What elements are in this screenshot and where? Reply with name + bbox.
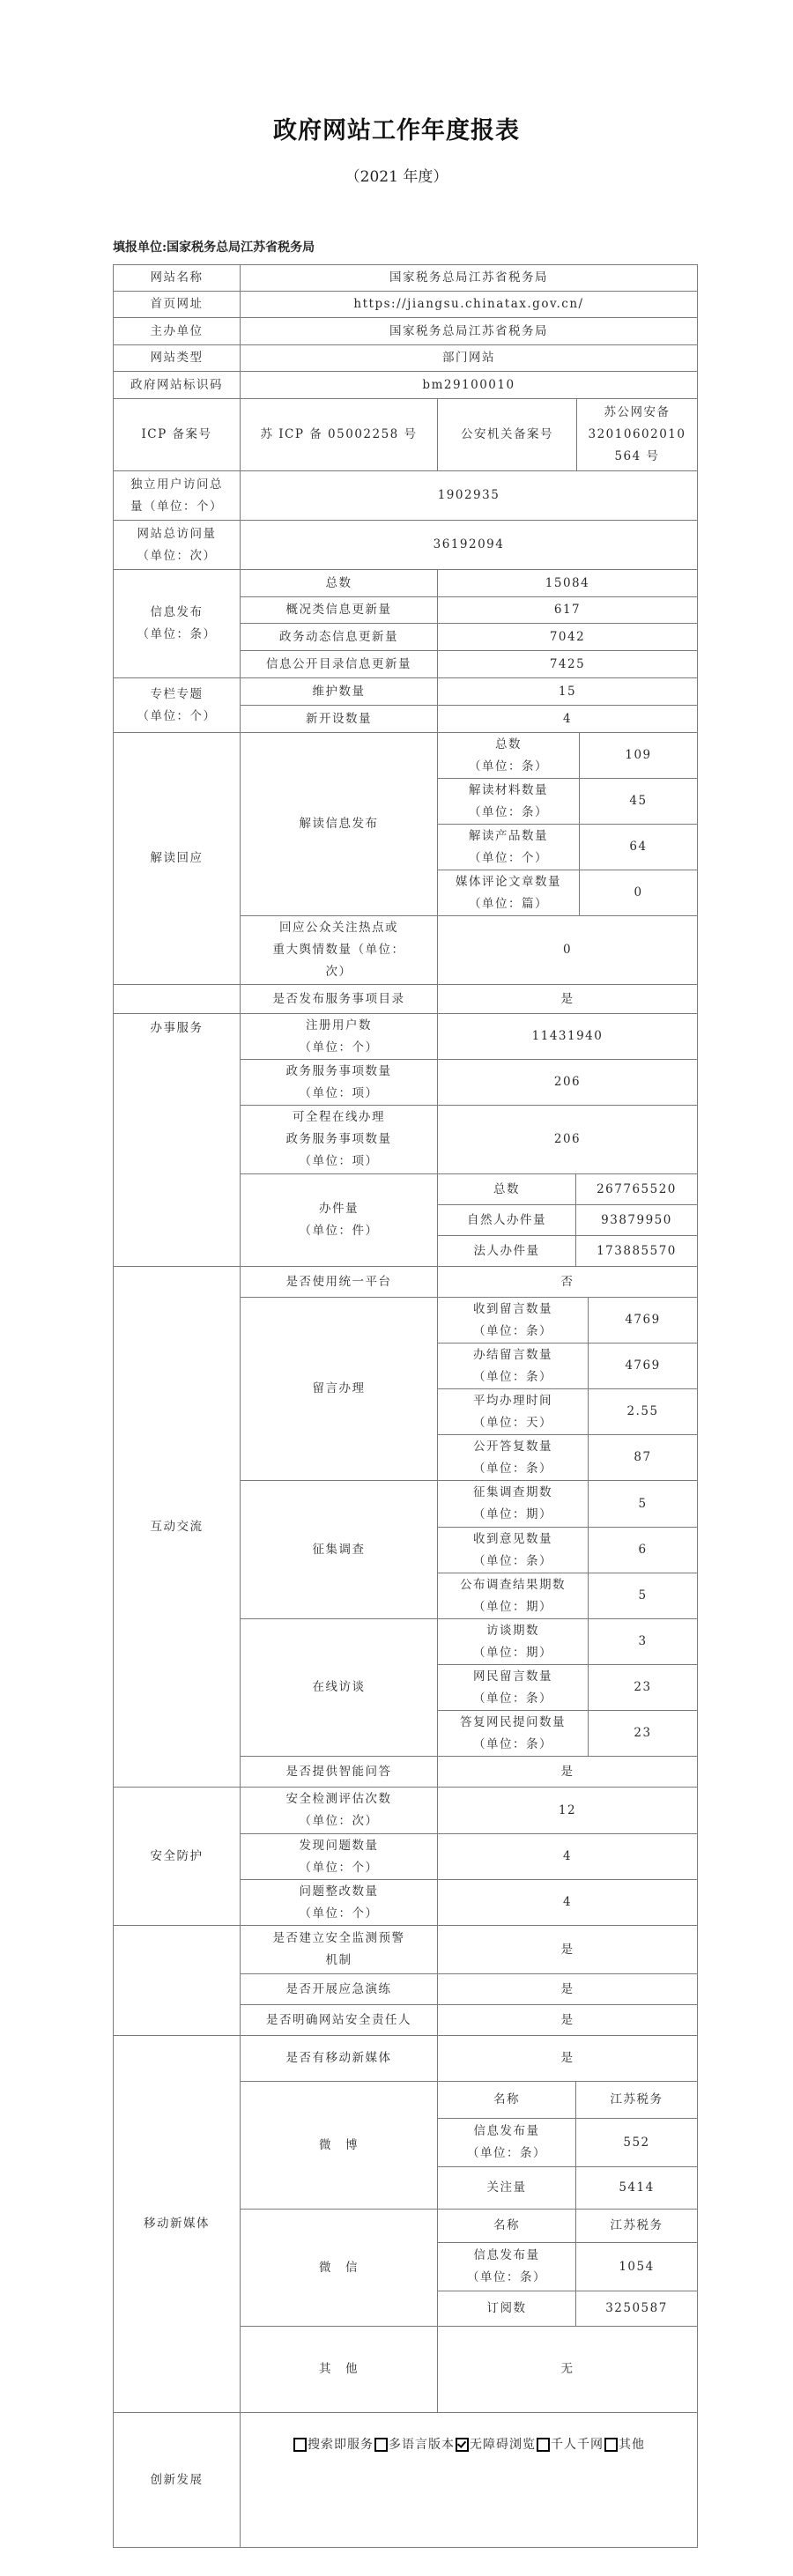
table-cell: 5 bbox=[588, 1480, 698, 1528]
table-cell: 访谈期数 （单位：期） bbox=[437, 1618, 589, 1665]
innovation-option-label: 无障碍浏览 bbox=[470, 2434, 536, 2456]
table-cell: 总数 bbox=[437, 1173, 576, 1205]
table-cell: 1054 bbox=[575, 2242, 698, 2291]
table-cell: 是 bbox=[437, 2035, 698, 2082]
table-cell: 5 bbox=[588, 1573, 698, 1619]
table-cell bbox=[113, 1925, 241, 2036]
table-cell: 收到意见数量 （单位：条） bbox=[437, 1527, 589, 1573]
table-cell: 是否明确网站安全责任人 bbox=[240, 2004, 438, 2036]
innovation-option-label: 搜索即服务 bbox=[308, 2434, 374, 2456]
table-cell: 23 bbox=[588, 1710, 698, 1757]
table-cell: 其 他 bbox=[240, 2326, 438, 2413]
table-cell: 267765520 bbox=[575, 1173, 698, 1205]
table-cell: ICP 备案号 bbox=[113, 398, 241, 471]
table-cell: 15 bbox=[437, 677, 698, 706]
innovation-option-label: 千人千网 bbox=[551, 2434, 604, 2456]
table-cell: 206 bbox=[437, 1059, 698, 1106]
table-cell: 政府网站标识码 bbox=[113, 371, 241, 399]
table-cell: 1902935 bbox=[240, 470, 698, 521]
table-cell: 解读信息发布 bbox=[240, 732, 438, 916]
table-cell: 信息发布量 （单位：条） bbox=[437, 2118, 576, 2167]
table-cell: 93879950 bbox=[575, 1204, 698, 1236]
table-cell: 网民留言数量 （单位：条） bbox=[437, 1664, 589, 1711]
table-cell: 617 bbox=[437, 596, 698, 624]
table-cell: 办事服务 bbox=[113, 1013, 241, 1267]
table-cell: 0 bbox=[437, 915, 698, 985]
table-cell: 概况类信息更新量 bbox=[240, 596, 438, 624]
innovation-option-label: 其他 bbox=[619, 2434, 645, 2456]
table-cell: 公开答复数量 （单位：条） bbox=[437, 1434, 589, 1481]
table-cell: 征集调查期数 （单位：期） bbox=[437, 1480, 589, 1528]
innovation-checkbox-group: 搜索即服务多语言版本无障碍浏览千人千网其他 bbox=[293, 2434, 645, 2456]
table-cell: 收到留言数量 （单位：条） bbox=[437, 1297, 589, 1344]
table-cell: 维护数量 bbox=[240, 677, 438, 706]
table-cell: 微 博 bbox=[240, 2081, 438, 2210]
checked-checkbox-icon[interactable] bbox=[456, 2438, 469, 2452]
table-cell: 3250587 bbox=[575, 2291, 698, 2327]
table-cell: 网站总访问量 （单位：次） bbox=[113, 520, 241, 570]
table-cell: 主办单位 bbox=[113, 317, 241, 345]
table-cell: 是否提供智能问答 bbox=[240, 1756, 438, 1788]
table-cell: 552 bbox=[575, 2118, 698, 2167]
table-cell: 0 bbox=[579, 870, 698, 916]
table-cell: 87 bbox=[588, 1434, 698, 1481]
table-cell: 订阅数 bbox=[437, 2291, 576, 2327]
table-cell: 新开设数量 bbox=[240, 705, 438, 733]
table-cell: https://jiangsu.chinatax.gov.cn/ bbox=[240, 291, 698, 318]
unchecked-checkbox-icon[interactable] bbox=[537, 2438, 550, 2452]
table-cell: 江苏税务 bbox=[575, 2209, 698, 2243]
table-cell: 解读材料数量 （单位：条） bbox=[437, 778, 580, 825]
table-cell: 总数 （单位：条） bbox=[437, 732, 580, 779]
table-cell: 45 bbox=[579, 778, 698, 825]
table-cell: 是 bbox=[437, 1973, 698, 2005]
table-cell: 解读回应 bbox=[113, 732, 241, 985]
table-cell: 4 bbox=[437, 1879, 698, 1926]
table-cell: 发现问题数量 （单位：个） bbox=[240, 1833, 438, 1880]
table-cell: 在线访谈 bbox=[240, 1618, 438, 1757]
table-cell: 专栏专题 （单位：个） bbox=[113, 677, 241, 733]
table-cell: 3 bbox=[588, 1618, 698, 1665]
table-cell: 公安机关备案号 bbox=[437, 398, 577, 471]
table-cell: 国家税务总局江苏省税务局 bbox=[240, 264, 698, 292]
unchecked-checkbox-icon[interactable] bbox=[293, 2438, 307, 2452]
table-cell: 否 bbox=[437, 1266, 698, 1298]
table-cell: 名称 bbox=[437, 2081, 576, 2119]
table-cell: 办件量 （单位：件） bbox=[240, 1173, 438, 1267]
table-cell: 政务服务事项数量 （单位：项） bbox=[240, 1059, 438, 1106]
table-cell: 5414 bbox=[575, 2166, 698, 2210]
table-cell: 回应公众关注热点或 重大舆情数量（单位： 次） bbox=[240, 915, 438, 985]
table-cell: 是 bbox=[437, 1756, 698, 1788]
table-cell: 微 信 bbox=[240, 2209, 438, 2327]
table-cell: 移动新媒体 bbox=[113, 2035, 241, 2413]
table-cell: 是否使用统一平台 bbox=[240, 1266, 438, 1298]
table-cell: 网站类型 bbox=[113, 344, 241, 372]
table-cell: 解读产品数量 （单位：个） bbox=[437, 824, 580, 870]
table-cell: 是 bbox=[437, 2004, 698, 2036]
table-cell: 4769 bbox=[588, 1343, 698, 1389]
table-cell: 无 bbox=[437, 2326, 698, 2413]
table-cell: 是否开展应急演练 bbox=[240, 1973, 438, 2005]
table-cell: 互动交流 bbox=[113, 1266, 241, 1788]
table-cell: 4 bbox=[437, 1833, 698, 1880]
table-cell: 留言办理 bbox=[240, 1297, 438, 1481]
table-cell: 关注量 bbox=[437, 2166, 576, 2210]
table-cell: 首页网址 bbox=[113, 291, 241, 318]
table-cell: 可全程在线办理 政务服务事项数量 （单位：项） bbox=[240, 1105, 438, 1174]
table-cell: 4769 bbox=[588, 1297, 698, 1344]
table-cell: 信息发布量 （单位：条） bbox=[437, 2242, 576, 2291]
table-cell: 办结留言数量 （单位：条） bbox=[437, 1343, 589, 1389]
table-cell: 网站名称 bbox=[113, 264, 241, 292]
table-cell: 苏 ICP 备 05002258 号 bbox=[240, 398, 438, 471]
table-cell: 是否发布服务事项目录 bbox=[240, 984, 438, 1014]
table-cell: 23 bbox=[588, 1664, 698, 1711]
table-cell: 7425 bbox=[437, 650, 698, 678]
table-cell: 64 bbox=[579, 824, 698, 870]
table-cell: 是否建立安全监测预警 机制 bbox=[240, 1925, 438, 1974]
report-year: （2021 年度） bbox=[0, 164, 793, 186]
table-cell: 7042 bbox=[437, 623, 698, 651]
table-cell: 信息公开目录信息更新量 bbox=[240, 650, 438, 678]
innovation-options-cell: 搜索即服务多语言版本无障碍浏览千人千网其他 bbox=[240, 2412, 698, 2548]
table-cell: 109 bbox=[579, 732, 698, 779]
table-cell: 6 bbox=[588, 1527, 698, 1573]
table-cell: 173885570 bbox=[575, 1235, 698, 1267]
page-title: 政府网站工作年度报表 bbox=[0, 111, 793, 145]
table-cell: 总数 bbox=[240, 569, 438, 597]
table-cell: 15084 bbox=[437, 569, 698, 597]
table-cell: 206 bbox=[437, 1105, 698, 1174]
table-cell: 是 bbox=[437, 1925, 698, 1974]
table-cell: 12 bbox=[437, 1787, 698, 1834]
table-cell: 注册用户数 （单位：个） bbox=[240, 1013, 438, 1060]
table-cell: 创新发展 bbox=[113, 2412, 241, 2548]
table-cell: 政务动态信息更新量 bbox=[240, 623, 438, 651]
table-cell: 答复网民提问数量 （单位：条） bbox=[437, 1710, 589, 1757]
table-cell bbox=[113, 984, 241, 1014]
table-cell: 是 bbox=[437, 984, 698, 1014]
table-cell: 4 bbox=[437, 705, 698, 733]
unchecked-checkbox-icon[interactable] bbox=[604, 2438, 618, 2452]
innovation-option-label: 多语言版本 bbox=[389, 2434, 455, 2456]
table-cell: 媒体评论文章数量 （单位：篇） bbox=[437, 870, 580, 916]
table-cell: 安全防护 bbox=[113, 1787, 241, 1926]
table-cell: 问题整改数量 （单位：个） bbox=[240, 1879, 438, 1926]
table-cell: 苏公网安备 32010602010 564 号 bbox=[576, 398, 698, 471]
table-cell: 11431940 bbox=[437, 1013, 698, 1060]
table-cell: 公布调查结果期数 （单位：期） bbox=[437, 1573, 589, 1619]
table-cell: 自然人办件量 bbox=[437, 1204, 576, 1236]
table-cell: 安全检测评估次数 （单位：次） bbox=[240, 1787, 438, 1834]
reporting-unit: 填报单位:国家税务总局江苏省税务局 bbox=[113, 238, 315, 255]
table-cell: 江苏税务 bbox=[575, 2081, 698, 2119]
table-cell: 36192094 bbox=[240, 520, 698, 570]
table-cell: 征集调查 bbox=[240, 1480, 438, 1619]
table-cell: 信息发布 （单位：条） bbox=[113, 569, 241, 678]
table-cell: 2.55 bbox=[588, 1388, 698, 1435]
table-cell: 国家税务总局江苏省税务局 bbox=[240, 317, 698, 345]
table-cell: 部门网站 bbox=[240, 344, 698, 372]
table-cell: 名称 bbox=[437, 2209, 576, 2243]
table-cell: 平均办理时间 （单位：天） bbox=[437, 1388, 589, 1435]
table-cell: bm29100010 bbox=[240, 371, 698, 399]
table-cell: 独立用户访问总 量（单位：个） bbox=[113, 470, 241, 521]
unchecked-checkbox-icon[interactable] bbox=[374, 2438, 388, 2452]
table-cell: 是否有移动新媒体 bbox=[240, 2035, 438, 2082]
table-cell: 法人办件量 bbox=[437, 1235, 576, 1267]
